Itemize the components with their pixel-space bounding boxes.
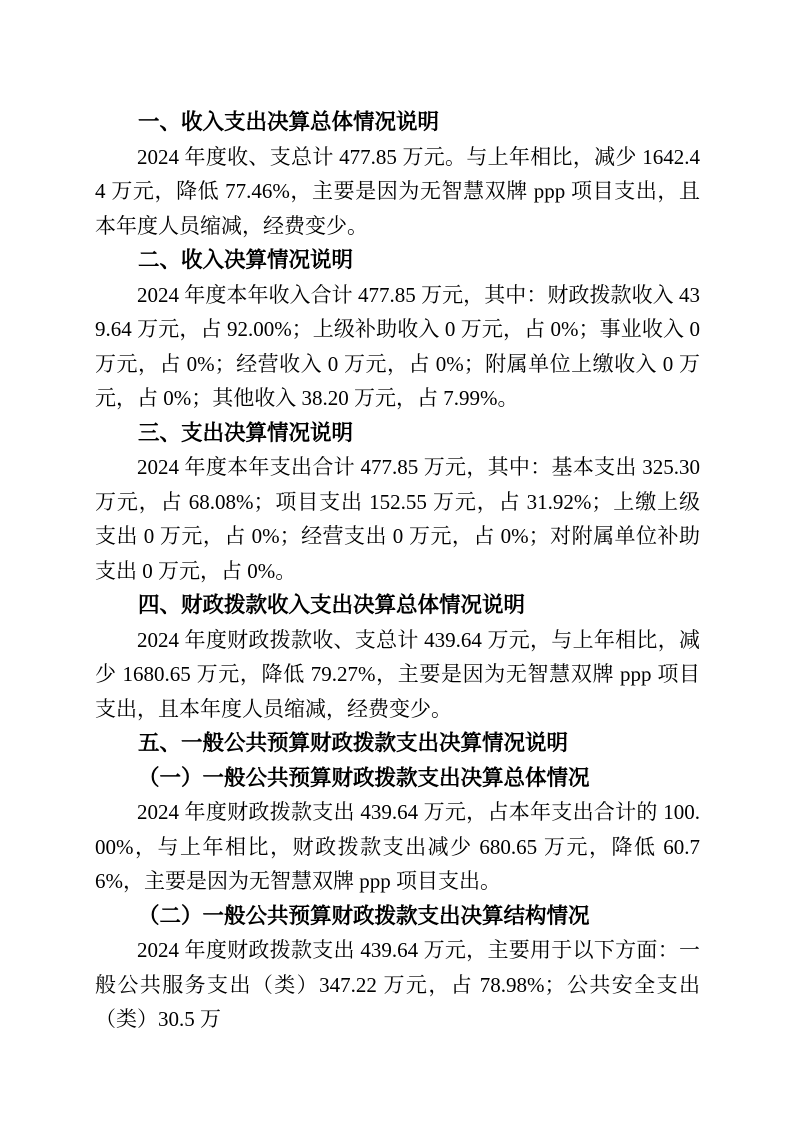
para-5-2-expenditure-structure: 2024 年度财政拨款支出 439.64 万元，主要用于以下方面：一般公共服务支… (95, 933, 700, 1037)
para-3-expenditure-final-accounts: 2024 年度本年支出合计 477.85 万元，其中：基本支出 325.30 万… (95, 450, 700, 588)
heading-4-fiscal-appropriation-overall: 四、财政拨款收入支出决算总体情况说明 (95, 588, 700, 623)
para-2-revenue-final-accounts: 2024 年度本年收入合计 477.85 万元，其中：财政拨款收入 439.64… (95, 278, 700, 416)
subheading-5-1-expenditure-overall: （一）一般公共预算财政拨款支出决算总体情况 (95, 761, 700, 796)
para-4-fiscal-appropriation-overall: 2024 年度财政拨款收、支总计 439.64 万元，与上年相比，减少 1680… (95, 623, 700, 727)
heading-3-expenditure-final-accounts: 三、支出决算情况说明 (95, 416, 700, 451)
heading-1-overall-revenue-expenditure: 一、收入支出决算总体情况说明 (95, 105, 700, 140)
heading-5-general-public-budget-expenditure: 五、一般公共预算财政拨款支出决算情况说明 (95, 726, 700, 761)
para-1-overall-revenue-expenditure: 2024 年度收、支总计 477.85 万元。与上年相比，减少 1642.44 … (95, 140, 700, 244)
heading-2-revenue-final-accounts: 二、收入决算情况说明 (95, 243, 700, 278)
document-page: 一、收入支出决算总体情况说明 2024 年度收、支总计 477.85 万元。与上… (0, 0, 793, 1122)
para-5-1-expenditure-overall: 2024 年度财政拨款支出 439.64 万元，占本年支出合计的 100.00%… (95, 795, 700, 899)
subheading-5-2-expenditure-structure: （二）一般公共预算财政拨款支出决算结构情况 (95, 899, 700, 934)
